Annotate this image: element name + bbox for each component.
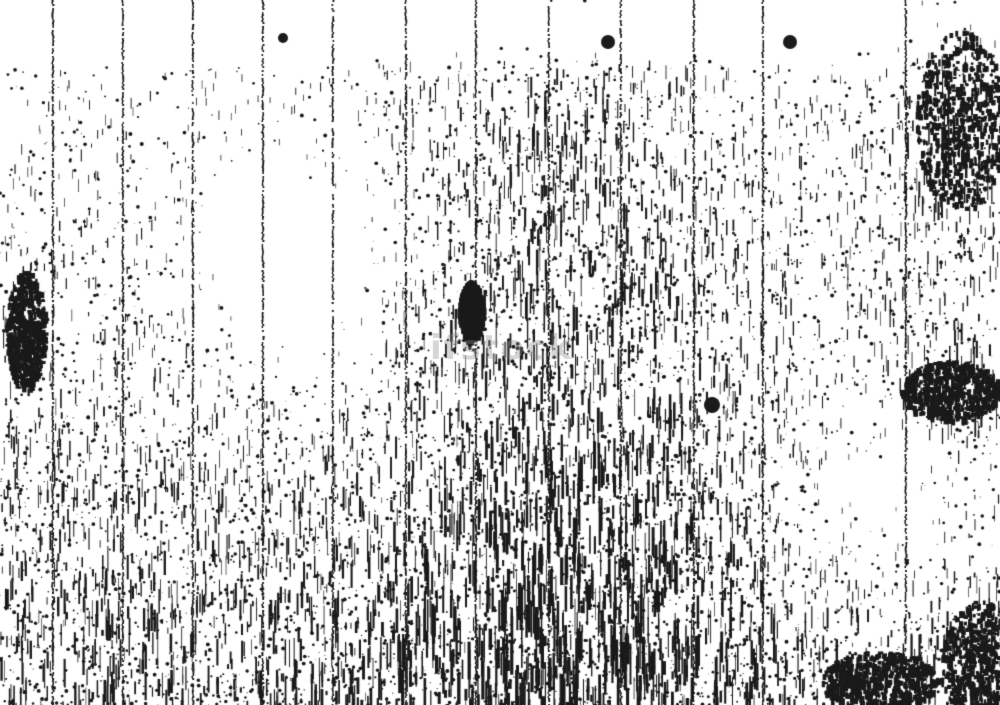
grunge-texture [0, 0, 1000, 705]
